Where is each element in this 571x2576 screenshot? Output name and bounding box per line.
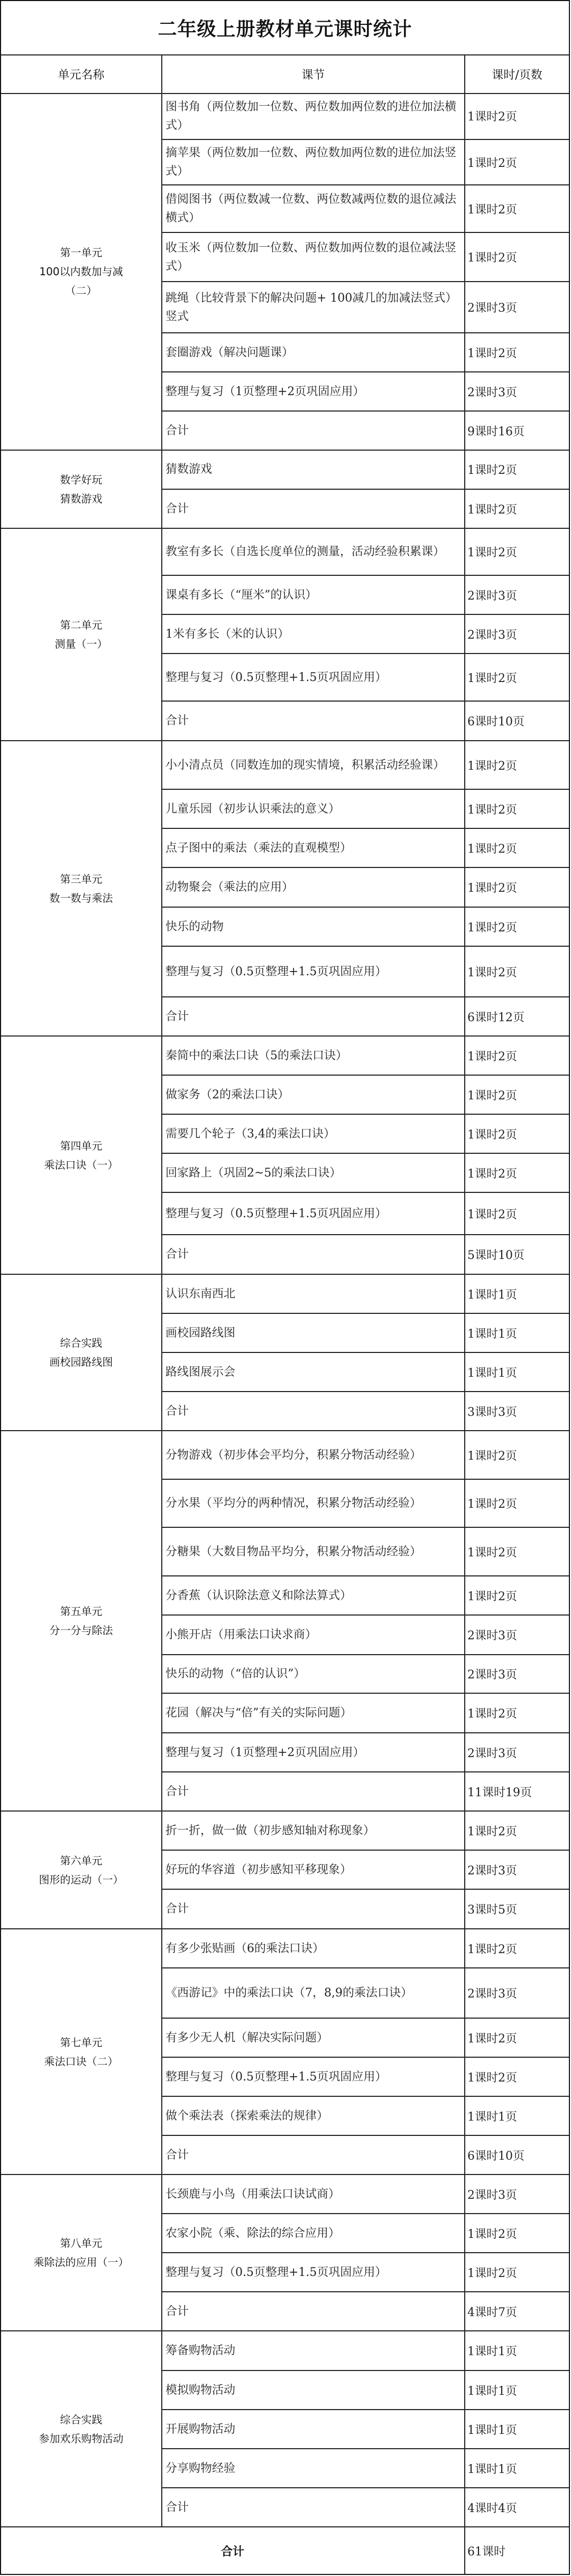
lesson-cell: 整理与复习（0.5页整理+1.5页巩固应用） (162, 654, 465, 702)
lesson-cell: 小小清点员（同数连加的现实情境，积累活动经验课） (162, 741, 465, 790)
header-hours-pages: 课时/页数 (465, 55, 569, 94)
lesson-cell: 整理与复习（0.5页整理+1.5页巩固应用） (162, 2253, 465, 2292)
unit-subtotal-value: 3课时3页 (465, 1392, 569, 1431)
lesson-cell: 做个乘法表（探索乘法的规律） (162, 2097, 465, 2136)
unit-subtotal-label: 合计 (162, 1235, 465, 1275)
lesson-cell: 借阅图书（两位数减一位数、两位数减两位数的退位减法横式） (162, 185, 465, 233)
unit-subtotal-label: 合计 (162, 1772, 465, 1812)
unit-subtotal-label: 合计 (162, 2136, 465, 2175)
unit-name-cell: 第五单元 分一分与除法 (1, 1431, 162, 1812)
hours-pages-cell: 2课时3页 (465, 576, 569, 615)
hours-pages-cell: 2课时3页 (465, 372, 569, 412)
lesson-cell: 有多少无人机（解决实际问题） (162, 2019, 465, 2058)
lesson-cell: 路线图展示会 (162, 1353, 465, 1392)
lesson-cell: 分享购物经验 (162, 2449, 465, 2488)
table-title: 二年级上册教材单元课时统计 (1, 1, 569, 55)
lesson-cell: 1米有多长（米的认识） (162, 615, 465, 654)
lesson-cell: 花园（解决与“倍”有关的实际问题） (162, 1694, 465, 1733)
lesson-cell: 有多少张贴画（6的乘法口诀） (162, 1929, 465, 1968)
unit-name-cell: 第四单元 乘法口诀（一） (1, 1037, 162, 1275)
unit-subtotal-label: 合计 (162, 1890, 465, 1929)
hours-pages-cell: 1课时2页 (465, 233, 569, 282)
hours-pages-cell: 2课时3页 (465, 1655, 569, 1694)
lesson-cell: 小熊开店（用乘法口诀求商） (162, 1616, 465, 1655)
hours-pages-cell: 1课时2页 (465, 450, 569, 490)
unit-name-cell: 数学好玩 猜数游戏 (1, 450, 162, 529)
hours-pages-cell: 1课时2页 (465, 1076, 569, 1115)
hours-pages-cell: 1课时2页 (465, 2019, 569, 2058)
hours-pages-cell: 1课时1页 (465, 2097, 569, 2136)
unit-subtotal-value: 4课时4页 (465, 2488, 569, 2527)
lesson-cell: 套圈游戏（解决问题课） (162, 333, 465, 372)
lesson-cell: 跳绳（比较背景下的解决问题+ 100减几的加减法竖式）竖式 (162, 282, 465, 333)
lesson-cell: 开展购物活动 (162, 2410, 465, 2449)
unit-name-cell: 第三单元 数一数与乘法 (1, 741, 162, 1037)
hours-pages-cell: 2课时3页 (465, 1851, 569, 1890)
hours-pages-cell: 1课时2页 (465, 1115, 569, 1154)
hours-pages-cell: 1课时2页 (465, 1576, 569, 1616)
unit-subtotal-value: 6课时10页 (465, 2136, 569, 2175)
unit-subtotal-label: 合计 (162, 1392, 465, 1431)
lesson-cell: 摘苹果（两位数加一位数、两位数加两位数的进位加法竖式） (162, 140, 465, 185)
hours-pages-cell: 1课时2页 (465, 93, 569, 140)
unit-subtotal-value: 6课时12页 (465, 997, 569, 1037)
unit-subtotal-label: 合计 (162, 702, 465, 741)
lesson-cell: 快乐的动物 (162, 908, 465, 947)
unit-subtotal-value: 11课时19页 (465, 1772, 569, 1812)
grand-total-value: 61课时 (465, 2527, 569, 2574)
unit-subtotal-value: 3课时5页 (465, 1890, 569, 1929)
hours-pages-cell: 1课时2页 (465, 185, 569, 233)
hours-pages-cell: 1课时2页 (465, 829, 569, 868)
lesson-cell: 《西游记》中的乘法口诀（7，8,9的乘法口诀） (162, 1968, 465, 2019)
unit-subtotal-label: 合计 (162, 412, 465, 451)
grand-total-label: 合计 (1, 2527, 465, 2574)
lesson-cell: 整理与复习（0.5页整理+1.5页巩固应用） (162, 2058, 465, 2097)
lesson-cell: 需要几个轮子（3,4的乘法口诀） (162, 1115, 465, 1154)
hours-pages-cell: 1课时2页 (465, 1694, 569, 1733)
lesson-cell: 模拟购物活动 (162, 2371, 465, 2410)
lesson-cell: 课桌有多长（“厘米”的认识） (162, 576, 465, 615)
lesson-cell: 整理与复习（0.5页整理+1.5页巩固应用） (162, 947, 465, 997)
hours-pages-cell: 1课时2页 (465, 947, 569, 997)
hours-pages-cell: 1课时2页 (465, 868, 569, 908)
hours-pages-cell: 1课时2页 (465, 2214, 569, 2253)
unit-subtotal-label: 合计 (162, 2488, 465, 2527)
lesson-cell: 分香蕉（认识除法意义和除法算式） (162, 1576, 465, 1616)
unit-subtotal-value: 6课时10页 (465, 702, 569, 741)
hours-pages-cell: 1课时2页 (465, 654, 569, 702)
hours-pages-cell: 2课时3页 (465, 1616, 569, 1655)
lesson-cell: 猜数游戏 (162, 450, 465, 490)
lesson-cell: 做家务（2的乘法口诀） (162, 1076, 465, 1115)
unit-subtotal-value: 1课时2页 (465, 490, 569, 529)
hours-pages-cell: 1课时1页 (465, 2449, 569, 2488)
hours-pages-cell: 2课时3页 (465, 2175, 569, 2214)
hours-pages-cell: 2课时3页 (465, 615, 569, 654)
hours-pages-cell: 1课时2页 (465, 1193, 569, 1235)
hours-pages-cell: 1课时2页 (465, 1431, 569, 1480)
lesson-cell: 整理与复习（1页整理+2页巩固应用） (162, 1733, 465, 1772)
lesson-cell: 农家小院（乘、除法的综合应用） (162, 2214, 465, 2253)
hours-pages-cell: 1课时1页 (465, 1275, 569, 1314)
lesson-cell: 秦简中的乘法口诀（5的乘法口诀） (162, 1037, 465, 1076)
hours-pages-cell: 1课时2页 (465, 2253, 569, 2292)
unit-subtotal-label: 合计 (162, 2292, 465, 2331)
lesson-cell: 动物聚会（乘法的应用） (162, 868, 465, 908)
hours-pages-cell: 1课时1页 (465, 2371, 569, 2410)
hours-pages-cell: 1课时2页 (465, 1812, 569, 1851)
lesson-cell: 点子图中的乘法（乘法的直观模型） (162, 829, 465, 868)
lesson-cell: 整理与复习（0.5页整理+1.5页巩固应用） (162, 1193, 465, 1235)
hours-pages-cell: 1课时2页 (465, 1528, 569, 1576)
lesson-cell: 儿童乐园（初步认识乘法的意义） (162, 790, 465, 829)
unit-subtotal-value: 9课时16页 (465, 412, 569, 451)
unit-name-cell: 第二单元 测量（一） (1, 529, 162, 741)
hours-pages-cell: 1课时1页 (465, 2331, 569, 2371)
hours-pages-cell: 1课时2页 (465, 1037, 569, 1076)
lesson-cell: 分水果（平均分的两种情况，积累分物活动经验） (162, 1480, 465, 1528)
lesson-cell: 画校园路线图 (162, 1314, 465, 1353)
hours-pages-cell: 1课时2页 (465, 1929, 569, 1968)
unit-subtotal-label: 合计 (162, 997, 465, 1037)
lesson-cell: 整理与复习（1页整理+2页巩固应用） (162, 372, 465, 412)
hours-pages-cell: 1课时2页 (465, 1480, 569, 1528)
hours-pages-cell: 2课时3页 (465, 282, 569, 333)
lesson-cell: 好玩的华容道（初步感知平移现象） (162, 1851, 465, 1890)
lesson-cell: 筹备购物活动 (162, 2331, 465, 2371)
unit-name-cell: 第八单元 乘除法的应用（一） (1, 2175, 162, 2331)
hours-pages-cell: 2课时3页 (465, 1968, 569, 2019)
lesson-cell: 教室有多长（自选长度单位的测量，活动经验积累课） (162, 529, 465, 576)
course-hours-table: 二年级上册教材单元课时统计 单元名称 课节 课时/页数 第一单元 100以内数加… (0, 0, 570, 2575)
header-unit-name: 单元名称 (1, 55, 162, 94)
unit-name-cell: 第七单元 乘法口诀（二） (1, 1929, 162, 2175)
unit-subtotal-value: 4课时7页 (465, 2292, 569, 2331)
unit-name-cell: 第一单元 100以内数加与减 （二） (1, 93, 162, 451)
hours-pages-cell: 1课时1页 (465, 1314, 569, 1353)
header-lesson: 课节 (162, 55, 465, 94)
hours-pages-cell: 1课时2页 (465, 1154, 569, 1193)
unit-name-cell: 综合实践 画校园路线图 (1, 1275, 162, 1431)
unit-name-cell: 第六单元 图形的运动（一） (1, 1812, 162, 1929)
hours-pages-cell: 2课时3页 (465, 1733, 569, 1772)
lesson-cell: 图书角（两位数加一位数、两位数加两位数的进位加法横式） (162, 93, 465, 140)
lesson-cell: 回家路上（巩固2~5的乘法口诀） (162, 1154, 465, 1193)
unit-name-cell: 综合实践 参加欢乐购物活动 (1, 2331, 162, 2527)
unit-subtotal-label: 合计 (162, 490, 465, 529)
lesson-cell: 分物游戏（初步体会平均分，积累分物活动经验） (162, 1431, 465, 1480)
unit-subtotal-value: 5课时10页 (465, 1235, 569, 1275)
lesson-cell: 认识东南西北 (162, 1275, 465, 1314)
hours-pages-cell: 1课时1页 (465, 1353, 569, 1392)
hours-pages-cell: 1课时2页 (465, 140, 569, 185)
lesson-cell: 收玉米（两位数加一位数、两位数加两位数的退位减法竖式） (162, 233, 465, 282)
lesson-cell: 折一折，做一做（初步感知轴对称现象） (162, 1812, 465, 1851)
hours-pages-cell: 1课时2页 (465, 2058, 569, 2097)
hours-pages-cell: 1课时2页 (465, 790, 569, 829)
hours-pages-cell: 1课时2页 (465, 529, 569, 576)
lesson-cell: 快乐的动物（“倍的认识”） (162, 1655, 465, 1694)
hours-pages-cell: 1课时2页 (465, 908, 569, 947)
hours-pages-cell: 1课时2页 (465, 333, 569, 372)
hours-pages-cell: 1课时1页 (465, 2410, 569, 2449)
lesson-cell: 分糖果（大数目物品平均分，积累分物活动经验） (162, 1528, 465, 1576)
hours-pages-cell: 1课时2页 (465, 741, 569, 790)
lesson-cell: 长颈鹿与小鸟（用乘法口诀试商） (162, 2175, 465, 2214)
